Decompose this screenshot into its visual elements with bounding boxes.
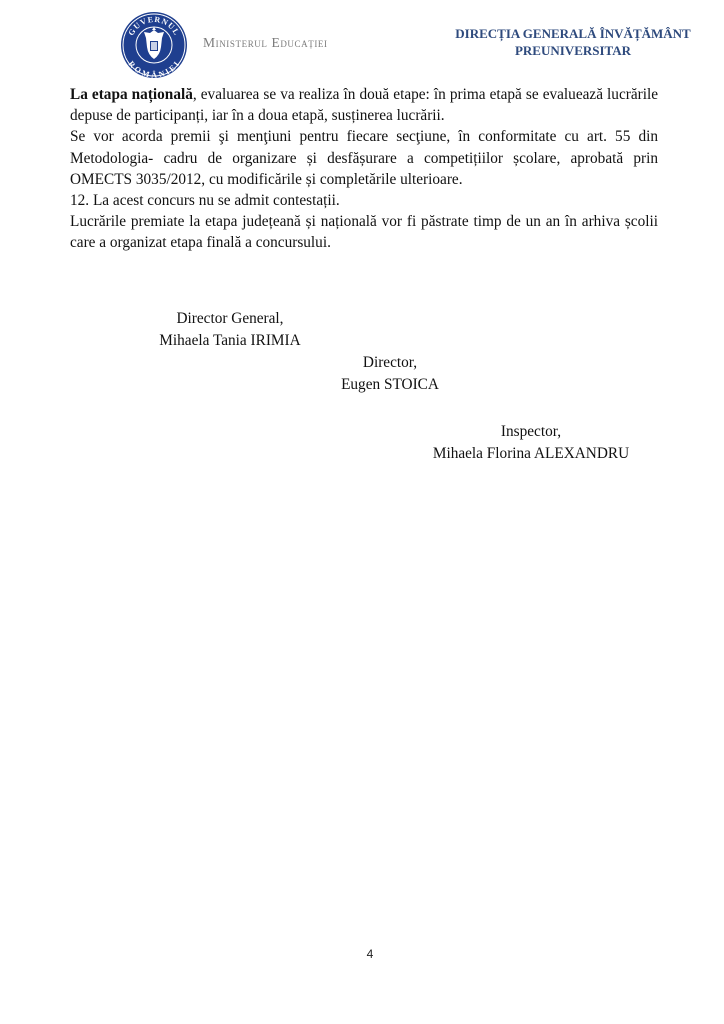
directorate-line-1: DIRECȚIA GENERALĂ ÎNVĂȚĂMÂNT (440, 25, 706, 42)
signature-director: Director, Eugen STOICA (325, 352, 455, 396)
paragraph-contestations: 12. La acest concurs nu se admit contest… (70, 190, 658, 211)
signature-title: Director General, (145, 308, 315, 330)
signature-inspector: Inspector, Mihaela Florina ALEXANDRU (428, 421, 634, 465)
paragraph-national-stage: La etapa națională, evaluarea se va real… (70, 84, 658, 126)
signature-name: Mihaela Tania IRIMIA (145, 330, 315, 352)
page-header: GUVERNUL ROMÂNIEI Ministerul Educației D… (0, 0, 724, 80)
directorate-line-2: PREUNIVERSITAR (440, 42, 706, 59)
page-number: 4 (360, 947, 380, 961)
national-stage-label: La etapa națională (70, 86, 193, 103)
paragraph-awards: Se vor acorda premii şi menţiuni pentru … (70, 126, 658, 190)
signature-name: Mihaela Florina ALEXANDRU (428, 443, 634, 465)
document-body: La etapa națională, evaluarea se va real… (70, 84, 658, 254)
signature-title: Director, (325, 352, 455, 374)
signature-title: Inspector, (428, 421, 634, 443)
signature-director-general: Director General, Mihaela Tania IRIMIA (145, 308, 315, 352)
directorate-name: DIRECȚIA GENERALĂ ÎNVĂȚĂMÂNT PREUNIVERSI… (440, 25, 706, 59)
paragraph-archive: Lucrările premiate la etapa județeană și… (70, 211, 658, 253)
ministry-name: Ministerul Educației (203, 35, 328, 51)
signature-name: Eugen STOICA (325, 374, 455, 396)
government-seal-icon: GUVERNUL ROMÂNIEI (120, 11, 188, 79)
